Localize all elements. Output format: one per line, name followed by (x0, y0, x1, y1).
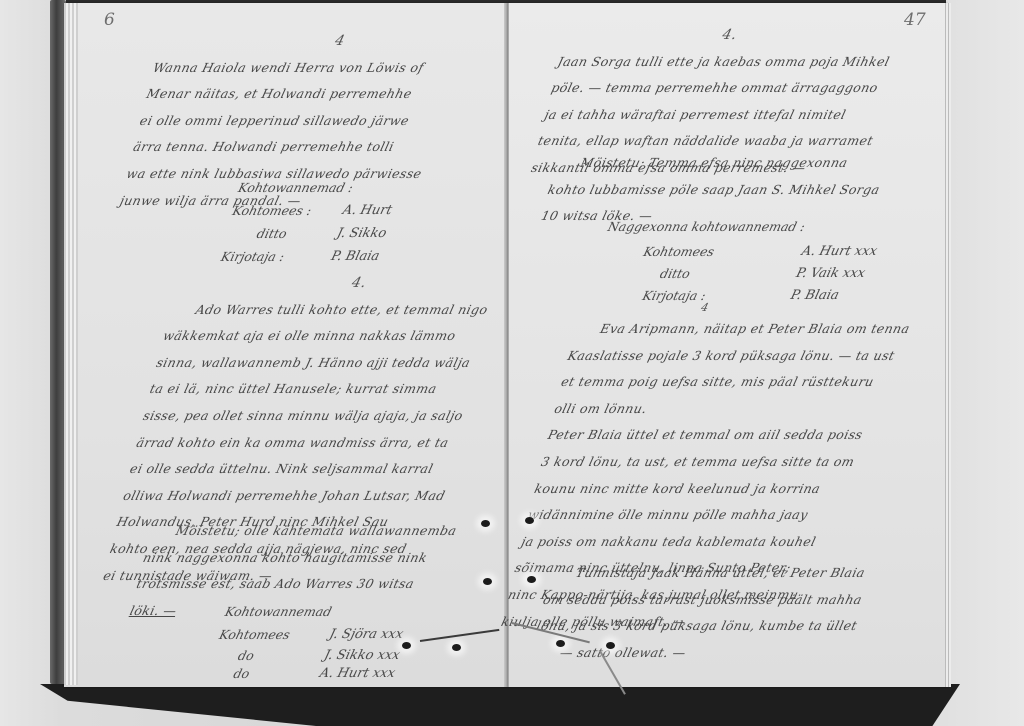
puncture-hole (483, 578, 492, 585)
signature-row: Kirjotaja : P. Blaia (219, 245, 384, 268)
signature-role: ditto (595, 266, 799, 281)
text-line: ärrad kohto ein ka omma wandmiss ärra, e… (133, 430, 505, 457)
text-line: wäkkemkat aja ei olle minna nakkas lämmo (160, 323, 532, 350)
signature-name: A. Hurt (341, 203, 394, 218)
text-line: Jaan Sorga tulli ette ja kaebas omma poj… (555, 49, 952, 76)
puncture-hole (556, 640, 565, 647)
signature-name: A. Hurt xxx (800, 244, 879, 259)
entry-marker: 4. (561, 22, 958, 49)
puncture-hole (606, 642, 615, 649)
entry-marker: 4 (578, 300, 982, 316)
text-line: Peter Blaia üttel et temmal om aiil sedd… (545, 422, 952, 449)
text-line: Ado Warres tulli kohto ette, et temmal n… (167, 297, 539, 324)
text-line: — satto ollewat. — (527, 640, 934, 667)
signature-role: Kohtomees (600, 244, 804, 259)
signature-row: do J. Sikko xxx (212, 646, 402, 664)
signature-row: Kohtomees A. Hurt xxx (599, 240, 879, 262)
right-signatures: Naggexonna kohtowannemad : Kohtomees A. … (588, 212, 886, 306)
text-line: 3 kord lönu, ta ust, et temma uefsa sitt… (538, 449, 945, 476)
signature-role: Kirjotaja : (220, 249, 334, 264)
text-line: nink naggexonna kohto haugitamisse nink (140, 545, 512, 572)
text-line: ja ei tahha wäraftai perremest ittefal n… (541, 102, 938, 129)
text-line: ei olle sedda üttelnu. Nink seljsammal k… (127, 456, 499, 483)
signature-row: ditto P. Vaik xxx (594, 262, 874, 284)
signature-name: P. Blaia (330, 249, 381, 264)
signature-role: do (213, 648, 327, 663)
text-line: pöle. — temma perremehhe ommat ärragaggo… (548, 75, 945, 102)
signature-role: ditto (225, 226, 339, 241)
entry-marker: 4. (173, 270, 545, 297)
text-line: Eva Aripmann, näitap et Peter Blaia om t… (571, 316, 978, 343)
puncture-hole (402, 642, 411, 649)
text-line: olli om lönnu. (551, 396, 958, 423)
text-line: olliwa Holwandi perremehhe Johan Lutsar,… (120, 483, 492, 510)
text-line: kohto lubbamisse pöle saap Jaan S. Mihke… (545, 177, 942, 204)
text-line: ei olle ommi lepperinud sillawedo järwe (137, 108, 504, 135)
text-line: om sedda poiss tarrast juoksmisse päält … (540, 587, 947, 614)
left-signatures-1: Kohtowannemad : Kohtomees : A. Hurt ditt… (219, 176, 401, 268)
signature-row: Kohtomees : A. Hurt (230, 199, 395, 222)
signature-role: Kohtomees : (231, 203, 345, 218)
puncture-hole (452, 644, 461, 651)
text-line: et temma poig uefsa sitte, mis päal rüst… (558, 369, 965, 396)
left-signatures-2: Kohtowannemad Kohtomees J. Sjöra xxx do … (208, 600, 414, 682)
signature-role: Kohtomees (218, 627, 332, 642)
page-stack-edge (64, 3, 78, 685)
text-line: Möistetu; olle kähtemata wallawannemba (147, 518, 519, 545)
text-line: sinna, wallawannemb J. Hänno ajji tedda … (153, 350, 525, 377)
puncture-hole (525, 517, 534, 524)
signature-row: do A. Hurt xxx (208, 664, 398, 682)
text-line: Wanna Haiola wendi Herra von Löwis of (150, 55, 517, 82)
puncture-hole (527, 576, 536, 583)
signature-row: Kohtomees J. Sjöra xxx (217, 623, 408, 646)
text-line: trotsmisse est, saab Ado Warres 30 witsa (133, 571, 505, 598)
text-line: ärra tenna. Holwandi perremehhe tolli (130, 134, 497, 161)
text-line: Möistetu; Temma efsa ninc naggexonna (551, 150, 948, 177)
signature-heading: Kohtowannemad (222, 600, 413, 623)
signature-heading: Kohtowannemad : (236, 176, 401, 199)
text-line: Menar näitas, et Holwandi perremehhe (143, 81, 510, 108)
left-page-number: 6 (104, 10, 115, 30)
right-entry-4: Tunnistaja Jaak Hänna üttel, et Peter Bl… (527, 560, 954, 666)
signature-heading: Naggexonna kohtowannemad : (605, 212, 887, 240)
signature-name: A. Hurt xxx (318, 666, 397, 681)
text-line: sisse, pea ollet sinna minnu wälja ajaja… (140, 403, 512, 430)
text-line: kounu ninc mitte kord keelunud ja korrin… (531, 476, 938, 503)
signature-name: J. Sikko (335, 226, 388, 241)
text-line: ta ei lä, ninc üttel Hanusele; kurrat si… (147, 376, 519, 403)
text-line: lönu, ja sis 3 kord püksaga lönu, kumbe … (533, 613, 940, 640)
signature-row: ditto J. Sikko (224, 222, 389, 245)
text-line: Kaaslatisse pojale 3 kord püksaga lönu. … (565, 343, 972, 370)
text-line: Tunnistaja Jaak Hänna üttel, et Peter Bl… (547, 560, 954, 587)
signature-name: J. Sjöra xxx (328, 627, 405, 642)
signature-name: P. Vaik xxx (795, 266, 867, 281)
entry-marker: 4 (157, 28, 524, 55)
text-line: ja poiss om nakkanu teda kablemata kouhe… (518, 529, 925, 556)
signature-name: J. Sikko xxx (323, 648, 402, 663)
puncture-hole (481, 520, 490, 527)
text-line: widännimine ölle minnu pölle mahha jaay (525, 502, 932, 529)
signature-role: do (208, 666, 322, 681)
